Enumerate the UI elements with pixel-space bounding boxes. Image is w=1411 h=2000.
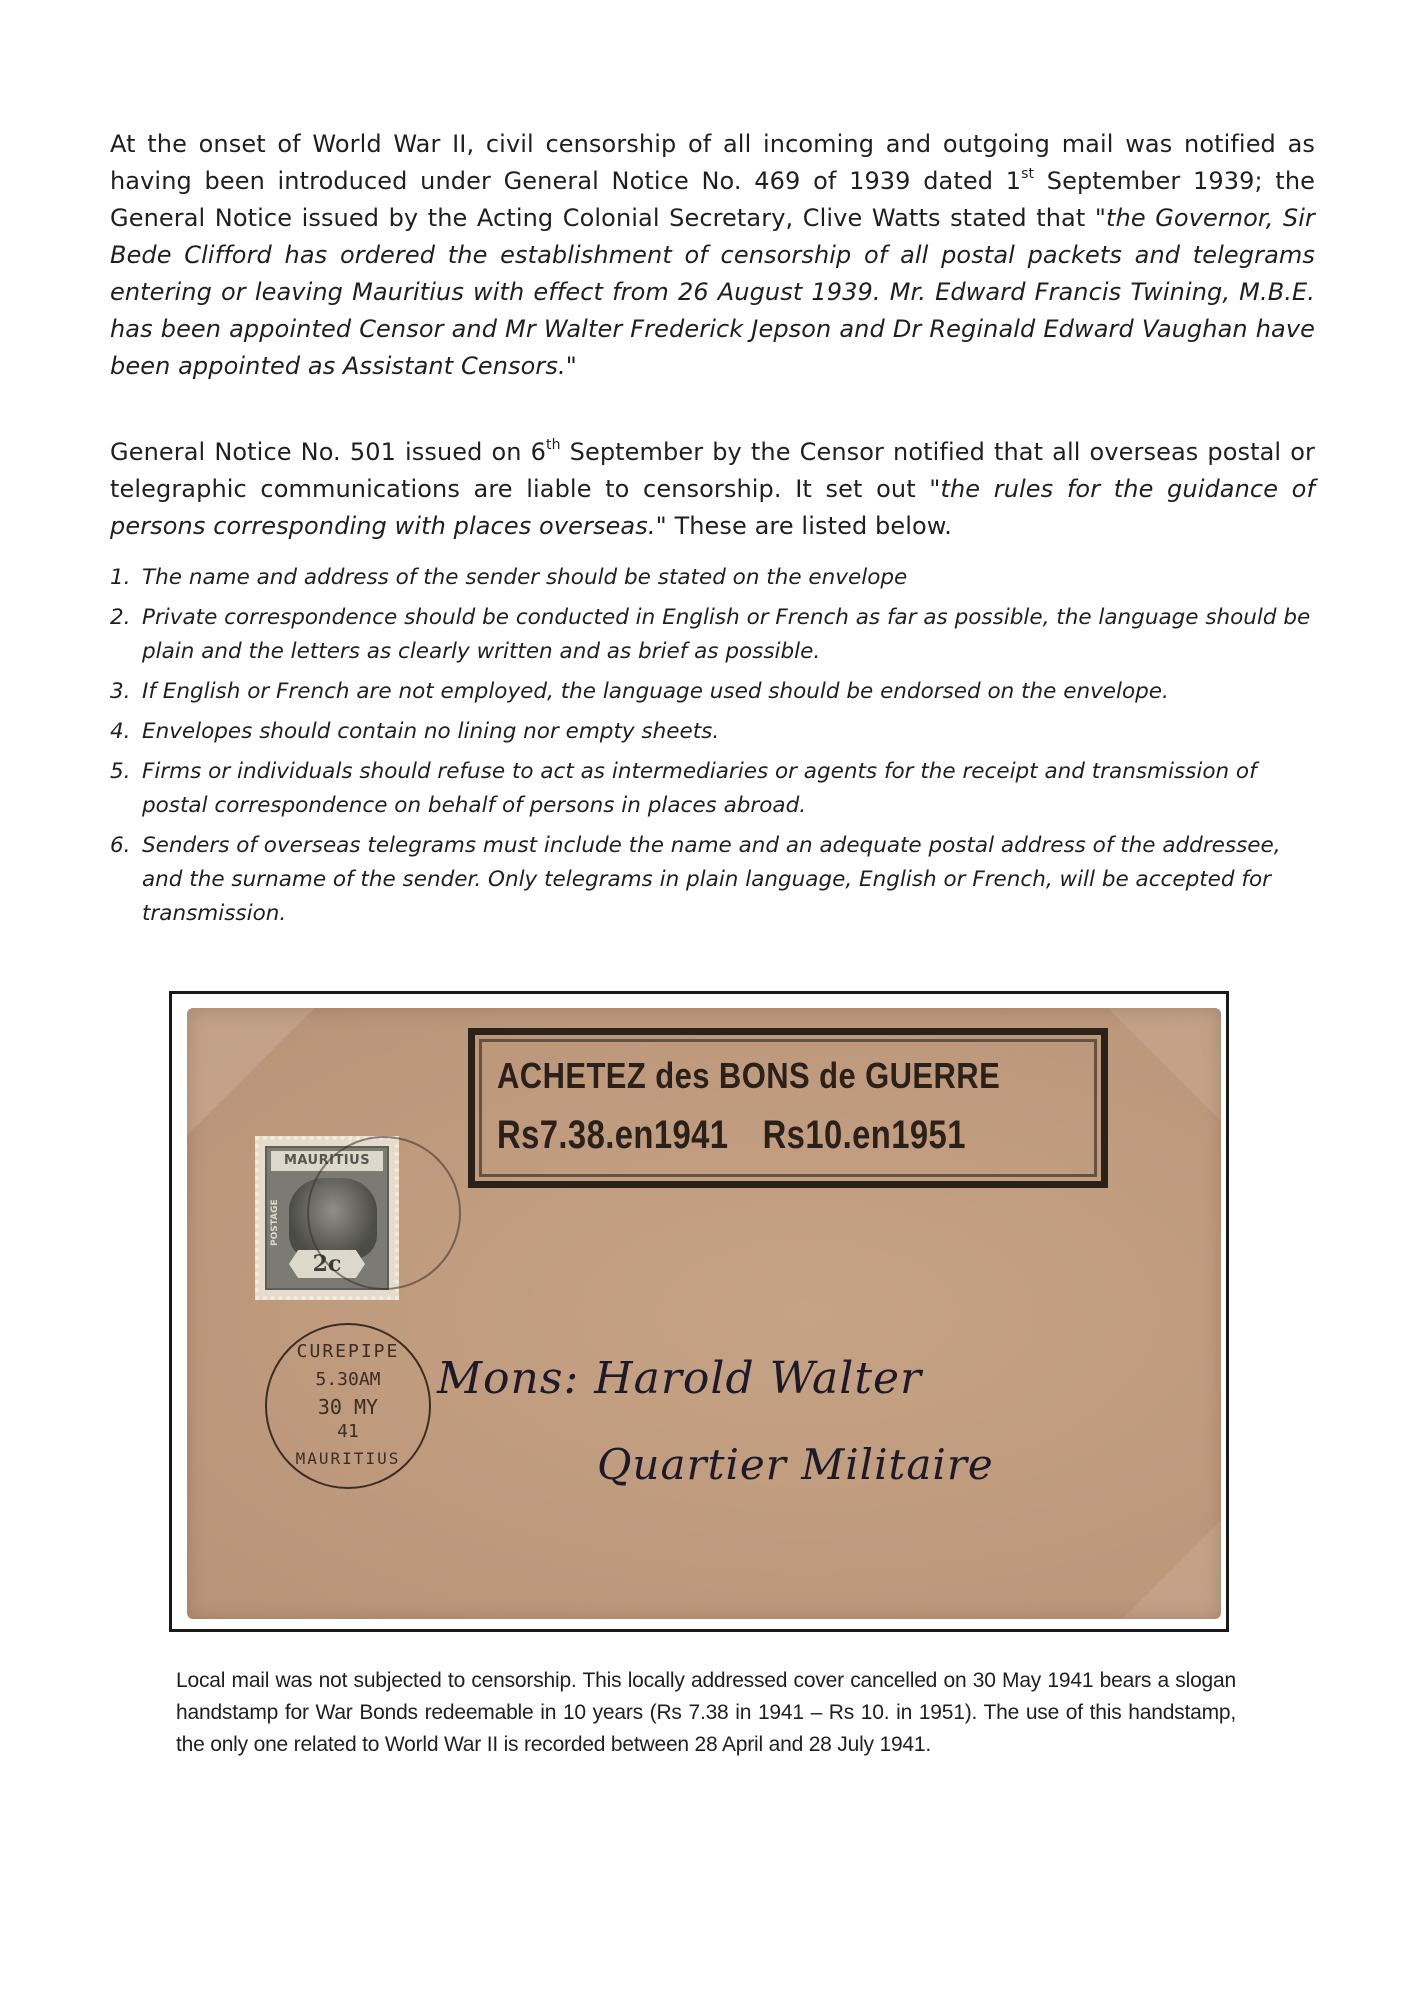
rules-list: 1.The name and address of the sender sho…: [110, 561, 1325, 937]
rule-item: 4.Envelopes should contain no lining nor…: [110, 715, 1325, 749]
rule-text: The name and address of the sender shoul…: [142, 565, 907, 590]
rule-number: 6.: [110, 829, 131, 863]
rule-number: 2.: [110, 601, 131, 635]
rule-item: 3.If English or French are not employed,…: [110, 675, 1325, 709]
postmark-office: CUREPIPE: [267, 1341, 429, 1362]
rule-item: 5.Firms or individuals should refuse to …: [110, 755, 1325, 823]
notice-tail: These are listed below.: [667, 512, 952, 540]
rule-text: Firms or individuals should refuse to ac…: [142, 759, 1257, 818]
ordinal-suffix: th: [546, 437, 561, 453]
rule-number: 4.: [110, 715, 131, 749]
postmark-time: 5.30AM: [267, 1369, 429, 1390]
rule-text: Senders of overseas telegrams must inclu…: [142, 833, 1281, 926]
postmark-year: 41: [267, 1421, 429, 1442]
rule-number: 3.: [110, 675, 131, 709]
stamp-side-label: POSTAGE: [270, 1188, 284, 1258]
postmark-country: MAURITIUS: [267, 1449, 429, 1468]
war-bonds-slogan-handstamp: ACHETEZ des BONS de GUERRE Rs7.38.en1941…: [468, 1028, 1108, 1188]
cover-image-frame: ACHETEZ des BONS de GUERRE Rs7.38.en1941…: [169, 991, 1229, 1632]
rule-text: If English or French are not employed, t…: [142, 679, 1169, 704]
slogan-line-2: Rs7.38.en1941 Rs10.en1951: [497, 1113, 966, 1158]
rule-text: Private correspondence should be conduct…: [142, 605, 1310, 664]
rule-item: 2.Private correspondence should be condu…: [110, 601, 1325, 669]
rule-number: 1.: [110, 561, 131, 595]
addressee-name: Mons: Harold Walter: [437, 1353, 922, 1404]
ordinal-suffix: st: [1021, 166, 1034, 182]
postmark-date: 30 MY: [267, 1395, 429, 1419]
intro-paragraph: At the onset of World War II, civil cens…: [110, 126, 1315, 385]
postmark-on-stamp: [307, 1136, 461, 1290]
rule-item: 1.The name and address of the sender sho…: [110, 561, 1325, 595]
notice-paragraph: General Notice No. 501 issued on 6th Sep…: [110, 434, 1315, 545]
figure-caption: Local mail was not subjected to censorsh…: [176, 1665, 1236, 1761]
rule-text: Envelopes should contain no lining nor e…: [142, 719, 719, 744]
rule-number: 5.: [110, 755, 131, 789]
curepipe-postmark: CUREPIPE 5.30AM 30 MY 41 MAURITIUS: [265, 1323, 431, 1489]
notice-lead: General Notice No. 501 issued on 6: [110, 438, 546, 466]
addressee-location: Quartier Militaire: [597, 1440, 994, 1489]
rule-item: 6.Senders of overseas telegrams must inc…: [110, 829, 1325, 931]
slogan-line-1: ACHETEZ des BONS de GUERRE: [497, 1055, 1000, 1097]
envelope-image: ACHETEZ des BONS de GUERRE Rs7.38.en1941…: [187, 1008, 1221, 1619]
